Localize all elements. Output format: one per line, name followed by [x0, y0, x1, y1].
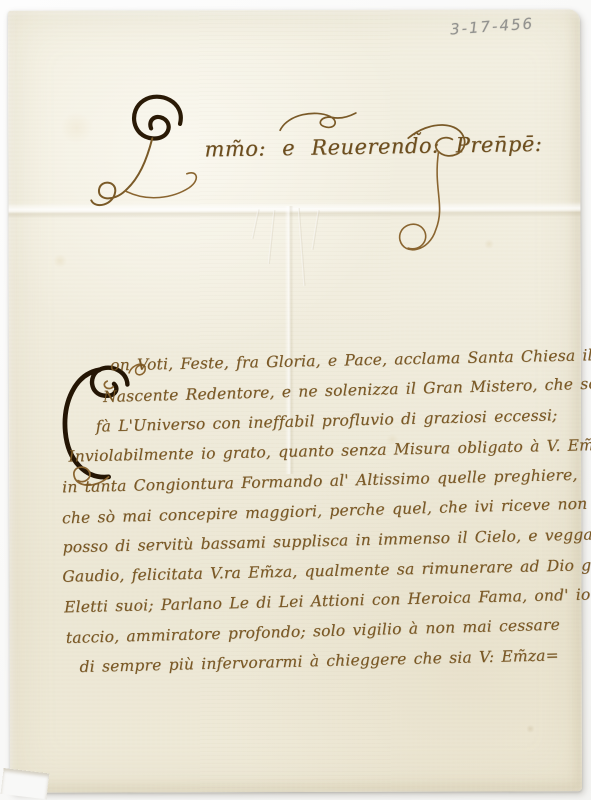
abbreviation-mark-flourish: [276, 107, 362, 136]
salutation-block: mm̃o: e Reuerend̃o: Pren̄pē:: [6, 5, 582, 274]
salutation-tail-flourish: [390, 109, 485, 266]
torn-corner: [1, 768, 50, 799]
salutation-text: mm̃o: e Reuerend̃o: Pren̄pē:: [204, 132, 542, 162]
letter-page: 3-17-456 mm̃o: e Reuerend̃o: Pren̄pē:: [8, 9, 582, 792]
photograph-background: 3-17-456 mm̃o: e Reuerend̃o: Pren̄pē:: [0, 0, 591, 800]
letter-body: on Voti, Feste, fra Gloria, e Pace, accl…: [52, 340, 580, 683]
